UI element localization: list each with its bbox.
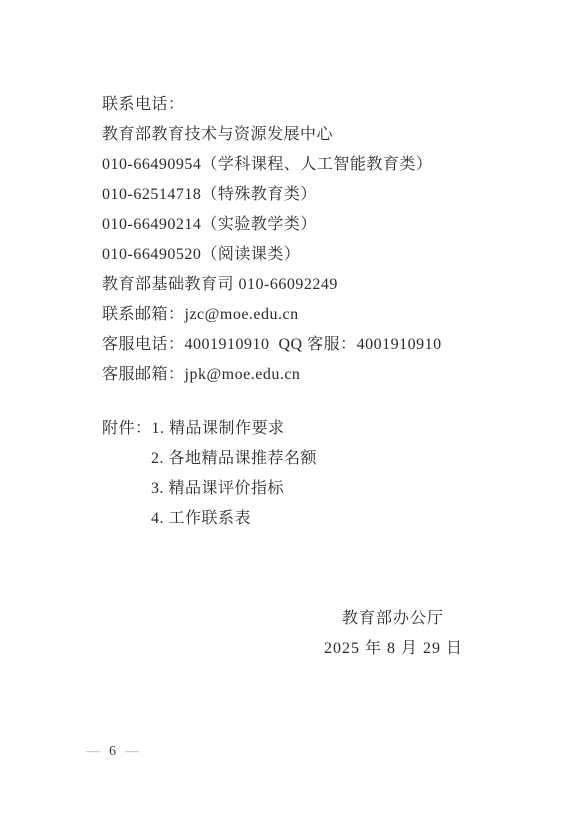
contact-line-phone-special-ed: 010-62514718（特殊教育类） [102, 180, 502, 210]
contact-info-block: 联系电话： 教育部教育技术与资源发展中心 010-66490954（学科课程、人… [102, 90, 502, 390]
footer-right-dash: — [125, 742, 139, 762]
signature-date: 2025 年 8 月 29 日 [324, 638, 463, 660]
contact-line-service-email: 客服邮箱：jpk@moe.edu.cn [102, 360, 502, 390]
attachment-item-4: 4. 工作联系表 [102, 504, 502, 534]
contact-line-phone-label: 联系电话： [102, 90, 502, 120]
contact-line-phone-subject: 010-66490954（学科课程、人工智能教育类） [102, 150, 502, 180]
attachment-item-2: 2. 各地精品课推荐名额 [102, 444, 502, 474]
document-page: 联系电话： 教育部教育技术与资源发展中心 010-66490954（学科课程、人… [0, 0, 583, 829]
attachment-item-1: 1. 精品课制作要求 [152, 414, 285, 444]
issuer-signature: 教育部办公厅 [342, 608, 444, 630]
footer-left-dash: — [86, 742, 100, 762]
attachments-label: 附件： [102, 414, 152, 444]
attachment-item-3: 3. 精品课评价指标 [102, 474, 502, 504]
contact-line-phone-reading: 010-66490520（阅读课类） [102, 240, 502, 270]
attachment-row-1: 附件： 1. 精品课制作要求 [102, 414, 502, 444]
attachments-block: 附件： 1. 精品课制作要求 2. 各地精品课推荐名额 3. 精品课评价指标 4… [102, 414, 502, 534]
contact-line-phone-experiment: 010-66490214（实验教学类） [102, 210, 502, 240]
contact-line-service-phone: 客服电话：4001910910 QQ 客服：4001910910 [102, 330, 502, 360]
page-number: 6 [109, 742, 116, 762]
contact-line-basic-ed-dept: 教育部基础教育司 010-66092249 [102, 270, 502, 300]
contact-line-center-name: 教育部教育技术与资源发展中心 [102, 120, 502, 150]
page-footer: — 6 — [86, 742, 139, 762]
contact-line-email: 联系邮箱：jzc@moe.edu.cn [102, 300, 502, 330]
